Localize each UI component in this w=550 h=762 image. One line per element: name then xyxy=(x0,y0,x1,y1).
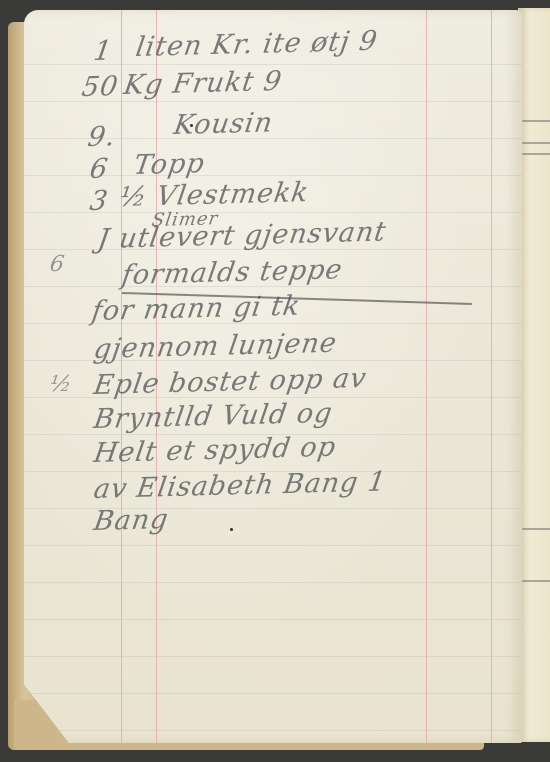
line-qty: 9. xyxy=(86,121,118,153)
handwritten-line: Bang xyxy=(92,504,171,537)
adjacent-page-mark xyxy=(522,120,550,122)
adjacent-page-mark xyxy=(522,142,550,144)
margin-line xyxy=(426,10,427,743)
handwritten-line: Kg Frukt 9 xyxy=(122,66,285,101)
handwritten-line: formalds teppe xyxy=(120,254,345,291)
pencil-dot xyxy=(230,528,233,531)
adjacent-page-mark xyxy=(522,528,550,530)
handwritten-line: for mann gi tk xyxy=(90,290,303,327)
handwritten-line: liten Kr. ite øtj 9 xyxy=(134,26,380,63)
adjacent-page-mark xyxy=(522,153,550,155)
margin-note: ½ xyxy=(48,372,74,397)
adjacent-page-mark xyxy=(522,580,550,582)
handwritten-line: Topp xyxy=(132,148,207,181)
notebook-page: 1 50 9. 6 3 liten Kr. ite øtj 9 Kg Frukt… xyxy=(24,10,522,743)
handwritten-line: Helt et spydd op xyxy=(92,432,339,469)
handwritten-line: gjennom lunjene xyxy=(92,328,340,365)
notebook-photo: 1 50 9. 6 3 liten Kr. ite øtj 9 Kg Frukt… xyxy=(0,0,550,762)
handwritten-line: Bryntlld Vuld og xyxy=(92,398,335,435)
margin-line xyxy=(491,10,492,743)
pencil-dot xyxy=(190,124,193,127)
line-qty: 50 xyxy=(80,71,121,103)
handwritten-line: Kousin xyxy=(172,107,276,141)
adjacent-page-edge xyxy=(518,8,550,742)
